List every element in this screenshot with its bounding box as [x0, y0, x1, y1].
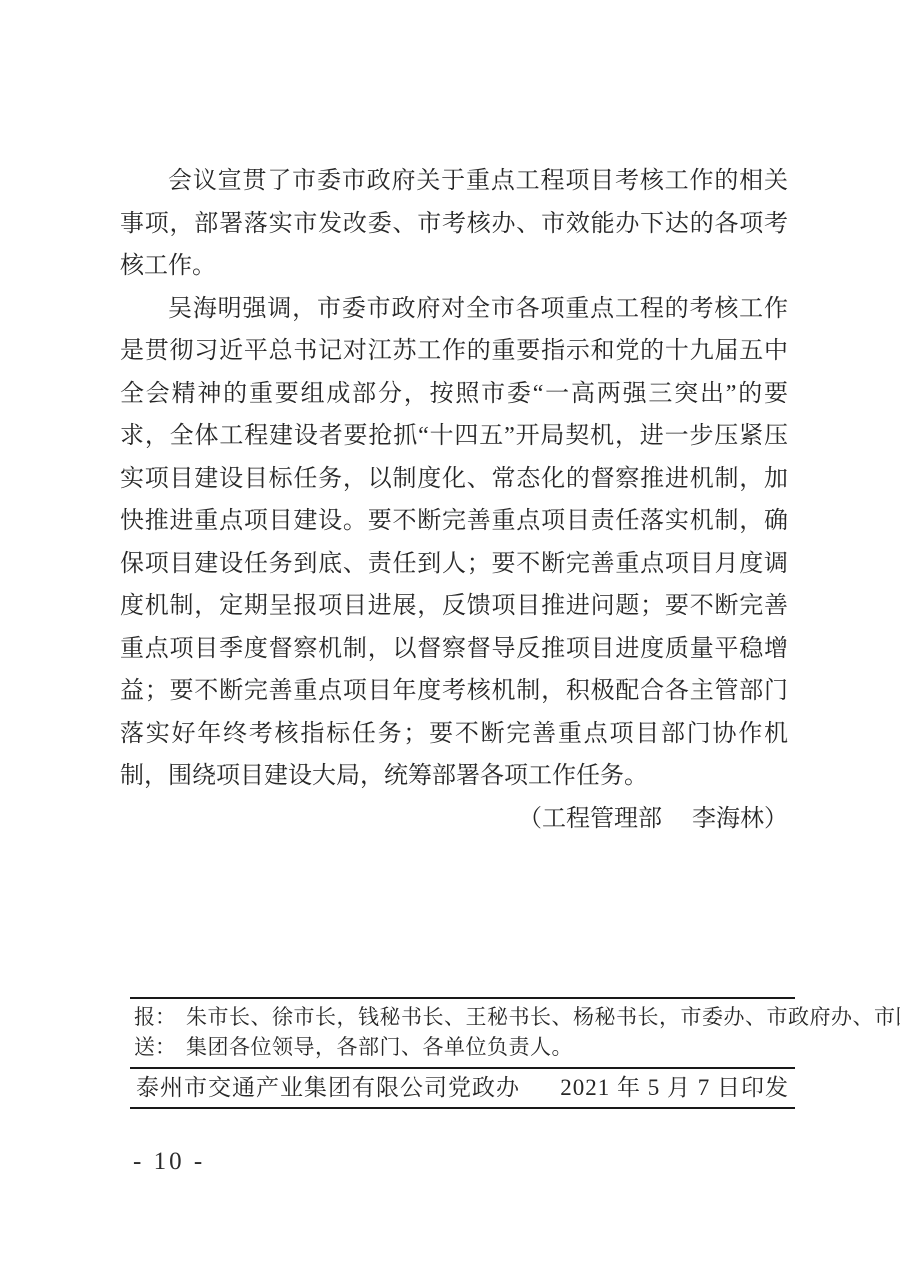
imprint-row: 泰州市交通产业集团有限公司党政办 2021 年 5 月 7 日印发	[130, 1069, 795, 1107]
imprint-issuer: 泰州市交通产业集团有限公司党政办	[136, 1073, 520, 1103]
distribution-row-report: 报： 朱市长、徐市长，钱秘书长、王秘书长、杨秘书长，市委办、市政府办、市国资委；	[134, 1002, 791, 1032]
distribution-box: 报： 朱市长、徐市长，钱秘书长、王秘书长、杨秘书长，市委办、市政府办、市国资委；…	[130, 997, 795, 1109]
send-recipients: 集团各位领导，各部门、各单位负责人。	[186, 1032, 791, 1062]
report-label: 报：	[134, 1002, 186, 1032]
distribution-rows: 报： 朱市长、徐市长，钱秘书长、王秘书长、杨秘书长，市委办、市政府办、市国资委；…	[130, 999, 795, 1069]
document-page: 会议宣贯了市委市政府关于重点工程项目考核工作的相关事项，部署落实市发改委、市考核…	[0, 0, 900, 1273]
paragraph-wu-haiming-remarks: 吴海明强调，市委市政府对全市各项重点工程的考核工作是贯彻习近平总书记对江苏工作的…	[120, 288, 788, 798]
signature-attribution: （工程管理部 李海林）	[120, 798, 788, 841]
paragraph-meeting-briefing: 会议宣贯了市委市政府关于重点工程项目考核工作的相关事项，部署落实市发改委、市考核…	[120, 160, 788, 288]
distribution-row-send: 送： 集团各位领导，各部门、各单位负责人。	[134, 1032, 791, 1062]
page-number: - 10 -	[133, 1148, 205, 1176]
document-body: 会议宣贯了市委市政府关于重点工程项目考核工作的相关事项，部署落实市发改委、市考核…	[120, 160, 788, 1109]
imprint-date: 2021 年 5 月 7 日印发	[560, 1073, 789, 1103]
report-recipients: 朱市长、徐市长，钱秘书长、王秘书长、杨秘书长，市委办、市政府办、市国资委；	[186, 1002, 900, 1032]
send-label: 送：	[134, 1032, 186, 1062]
